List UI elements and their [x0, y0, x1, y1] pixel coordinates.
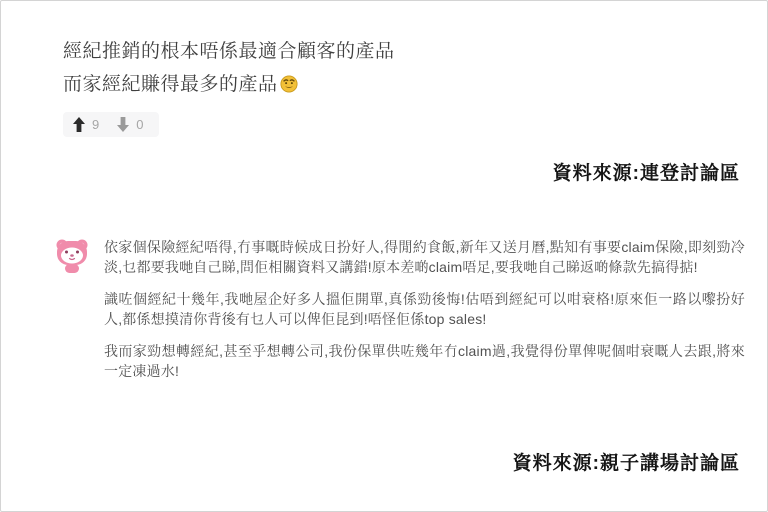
- slide-canvas: 經紀推銷的根本唔係最適合顧客的產品 而家經紀賺得最多的產品 9: [0, 0, 768, 512]
- upvote-arrow-icon: [73, 117, 85, 132]
- post-paragraph: 識咗個經紀十幾年,我哋屋企好多人搵佢開單,真係勁後悔!估唔到經紀可以咁衰格!原來…: [104, 289, 745, 329]
- yellow-face-emoji-icon: [280, 71, 298, 89]
- source-caption-parents-forum: 資料來源:親子講場討論區: [513, 448, 740, 475]
- downvote-button[interactable]: 0: [117, 117, 143, 132]
- bear-avatar[interactable]: [53, 237, 91, 275]
- downvote-count: 0: [136, 117, 143, 132]
- downvote-arrow-icon: [117, 117, 129, 132]
- parents-forum-post: 依家個保險經紀唔得,冇事嘅時候成日扮好人,得閒約食飯,新年又送月曆,點知有事要c…: [53, 237, 745, 393]
- post-text-line: 而家經紀賺得最多的產品: [63, 68, 395, 101]
- post-paragraph: 我而家勁想轉經紀,甚至乎想轉公司,我份保單供咗幾年冇claim過,我覺得份單俾呢…: [104, 341, 745, 381]
- upvote-count: 9: [92, 117, 99, 132]
- upvote-button[interactable]: 9: [73, 117, 99, 132]
- post-text-line-2: 而家經紀賺得最多的產品: [63, 74, 278, 95]
- lihkg-post: 經紀推銷的根本唔係最適合顧客的產品 而家經紀賺得最多的產品: [63, 35, 395, 101]
- post-paragraph: 依家個保險經紀唔得,冇事嘅時候成日扮好人,得閒約食飯,新年又送月曆,點知有事要c…: [104, 237, 745, 277]
- post-text-line: 經紀推銷的根本唔係最適合顧客的產品: [63, 35, 395, 68]
- post-body: 依家個保險經紀唔得,冇事嘅時候成日扮好人,得閒約食飯,新年又送月曆,點知有事要c…: [104, 237, 745, 393]
- source-caption-lihkg: 資料來源:連登討論區: [553, 158, 740, 185]
- vote-pill: 9 0: [63, 112, 159, 137]
